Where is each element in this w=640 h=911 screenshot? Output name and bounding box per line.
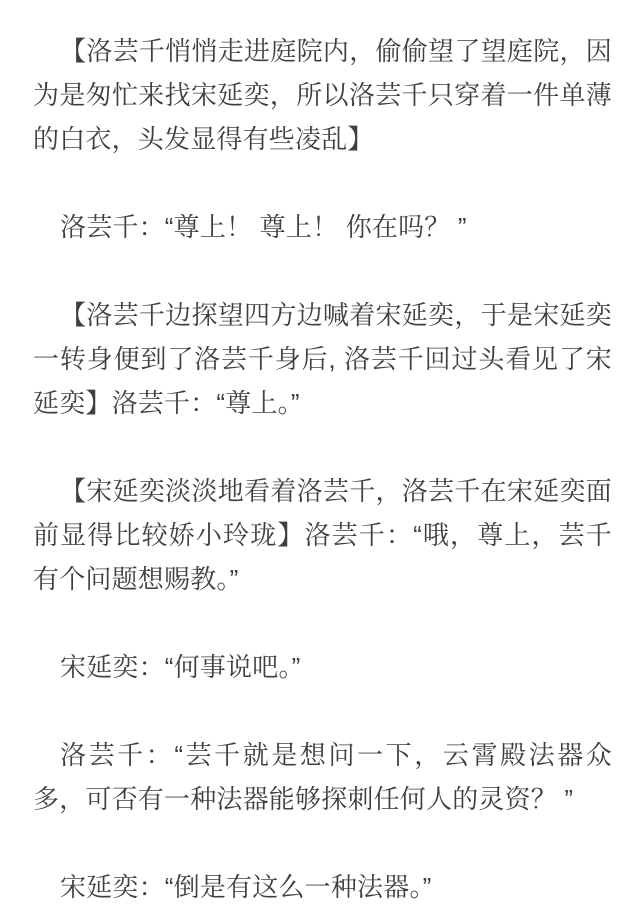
story-paragraph-narration: 【洛芸千边探望四方边喊着宋延奕，于是宋延奕一转身便到了洛芸千身后, 洛芸千回过头…: [33, 293, 612, 425]
story-paragraph-dialogue: 宋延奕：“何事说吧。”: [33, 645, 612, 689]
story-paragraph-narration: 【宋延奕淡淡地看着洛芸千，洛芸千在宋延奕面前显得比较娇小玲珑】洛芸千：“哦，尊上…: [33, 469, 612, 601]
story-paragraph-dialogue: 洛芸千：“芸千就是想问一下，云霄殿法器众多，可否有一种法器能够探刺任何人的灵资？…: [33, 733, 612, 821]
story-paragraph-narration: 【洛芸千悄悄走进庭院内，偷偷望了望庭院，因为是匆忙来找宋延奕，所以洛芸千只穿着一…: [33, 29, 612, 161]
story-paragraph-dialogue: 洛芸千：“尊上！ 尊上！ 你在吗？ ”: [33, 205, 612, 249]
story-page: 【洛芸千悄悄走进庭院内，偷偷望了望庭院，因为是匆忙来找宋延奕，所以洛芸千只穿着一…: [0, 0, 640, 911]
story-paragraph-dialogue: 宋延奕：“倒是有这么一种法器。”: [33, 865, 612, 909]
